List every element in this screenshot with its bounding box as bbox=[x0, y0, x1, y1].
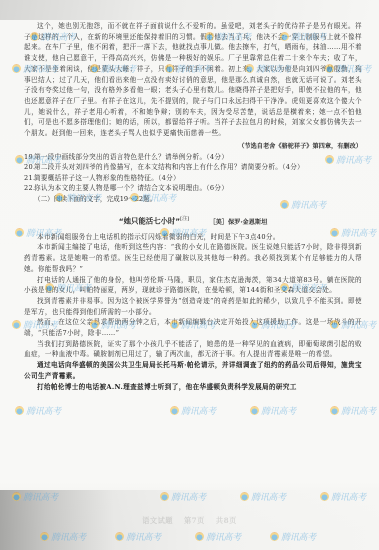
passage2-paragraph: 找到青霉素并非易事。因为这个被医学界誉为“创造奇迹”的奇药是如此的稀少，以致几乎… bbox=[24, 296, 362, 317]
question-text: 第一段中画线部分突出的语言特色是什么？请举例分析。（4分） bbox=[34, 153, 228, 161]
passage2-paragraph: 当我们打到路德医院，证实了那个小孩几乎不能活了，她患的是一种罕见的血液病，即葡萄… bbox=[24, 339, 362, 360]
passage2-author: ［美］保罗·金恩斯坦 bbox=[209, 219, 267, 226]
question-20: 20.第二段开头对刘四爷的肖像描写，在本文结构和内容上有什么作用？请简要分析。（… bbox=[24, 162, 362, 173]
watermark-logo-icon bbox=[15, 228, 24, 237]
watermark-logo-icon bbox=[15, 406, 24, 415]
passage1-paragraph: 这个，她也别无抱怨，而不就在祥子面前说什么不爱听的。虽爱吧，刘老头子的优待祥子是… bbox=[24, 21, 362, 139]
watermark-logo-icon bbox=[15, 155, 24, 164]
passage1-source: （节选自老舍《骆驼祥子》第四章，有删改） bbox=[24, 142, 362, 152]
question-19: 19.第一段中画线部分突出的语言特色是什么？请举例分析。（4分） bbox=[24, 152, 362, 163]
watermark-logo-icon bbox=[250, 406, 259, 415]
passage2-paragraph: 本市新闻组服务台上电话机的指示灯闪烁着微弱的白光，时间是下午3点40分。 bbox=[24, 232, 362, 243]
watermark-logo-icon bbox=[12, 320, 21, 329]
page-content: 这个，她也别无抱怨，而不就在祥子面前说什么不爱听的。虽爱吧，刘老头子的优待祥子是… bbox=[24, 21, 362, 392]
watermark-logo-icon bbox=[170, 406, 179, 415]
passage2-paragraph: 本市新闻主编接了电话，他听到这些内容：“我的小女儿在路德医院。医生说她只能活7小… bbox=[24, 242, 362, 274]
watermark: 腾讯高考 bbox=[250, 404, 296, 417]
question-list: 19.第一段中画线部分突出的语言特色是什么？请举例分析。（4分） 20.第二段开… bbox=[24, 152, 362, 194]
watermark-logo-icon bbox=[12, 64, 21, 73]
question-number: 19. bbox=[24, 152, 34, 163]
question-number: 22. bbox=[24, 183, 34, 194]
passage2-paragraph: 然而，在这位父亲恳求帮助两分钟之后，本市新闻编辑台决定开始投入这项援助工作。这是… bbox=[24, 317, 362, 338]
passage2-paragraph: 通过电话向华盛顿的美国公共卫生局局长托马斯·帕伦请示，并详细调查了纽约的药品公司… bbox=[24, 360, 362, 381]
passage2-title-line: “她只能活七小时”[注] ［美］保罗·金恩斯坦 bbox=[24, 212, 362, 229]
watermark: 腾讯高考 bbox=[15, 404, 61, 417]
watermark: 腾讯高考 bbox=[330, 404, 376, 417]
passage2-paragraph: 打电话的人通报了他的身份，他叫劳伦斯·马隆，职员，家住杰克逊海茨，第34大道第8… bbox=[24, 275, 362, 296]
question-text: 第二段开头对刘四爷的肖像描写，在本文结构和内容上有什么作用？请简要分析。（4分） bbox=[34, 163, 304, 171]
passage2-title: “她只能活七小时” bbox=[119, 217, 180, 226]
watermark-logo-icon bbox=[330, 406, 339, 415]
question-21: 21.简要概括祥子这一人物形象的性格特征。（4分） bbox=[24, 173, 362, 184]
question-text: 简要概括祥子这一人物形象的性格特征。（4分） bbox=[34, 174, 180, 182]
section-heading: （二）阅读下面的文字，完成19～22题。 bbox=[34, 194, 362, 205]
exam-page: 这个，她也别无抱怨，而不就在祥子面前说什么不爱听的。虽爱吧，刘老头子的优待祥子是… bbox=[0, 0, 379, 550]
question-number: 20. bbox=[24, 162, 34, 173]
question-22: 22.你认为本文的主要人物是哪一个？请结合文本说明理由。（6分） bbox=[24, 183, 362, 194]
passage2-paragraph: 打给帕伦博士的电话被A.N.理查兹博士听到了，他在华盛顿负责科学发展局的研究工 bbox=[24, 382, 362, 393]
scan-shadow bbox=[0, 0, 379, 20]
watermark: 腾讯高考 bbox=[170, 404, 216, 417]
question-number: 21. bbox=[24, 173, 34, 184]
scan-shadow-bottom bbox=[0, 490, 379, 550]
question-text: 你认为本文的主要人物是哪一个？请结合文本说明理由。（6分） bbox=[34, 184, 228, 192]
title-note: [注] bbox=[180, 216, 189, 222]
